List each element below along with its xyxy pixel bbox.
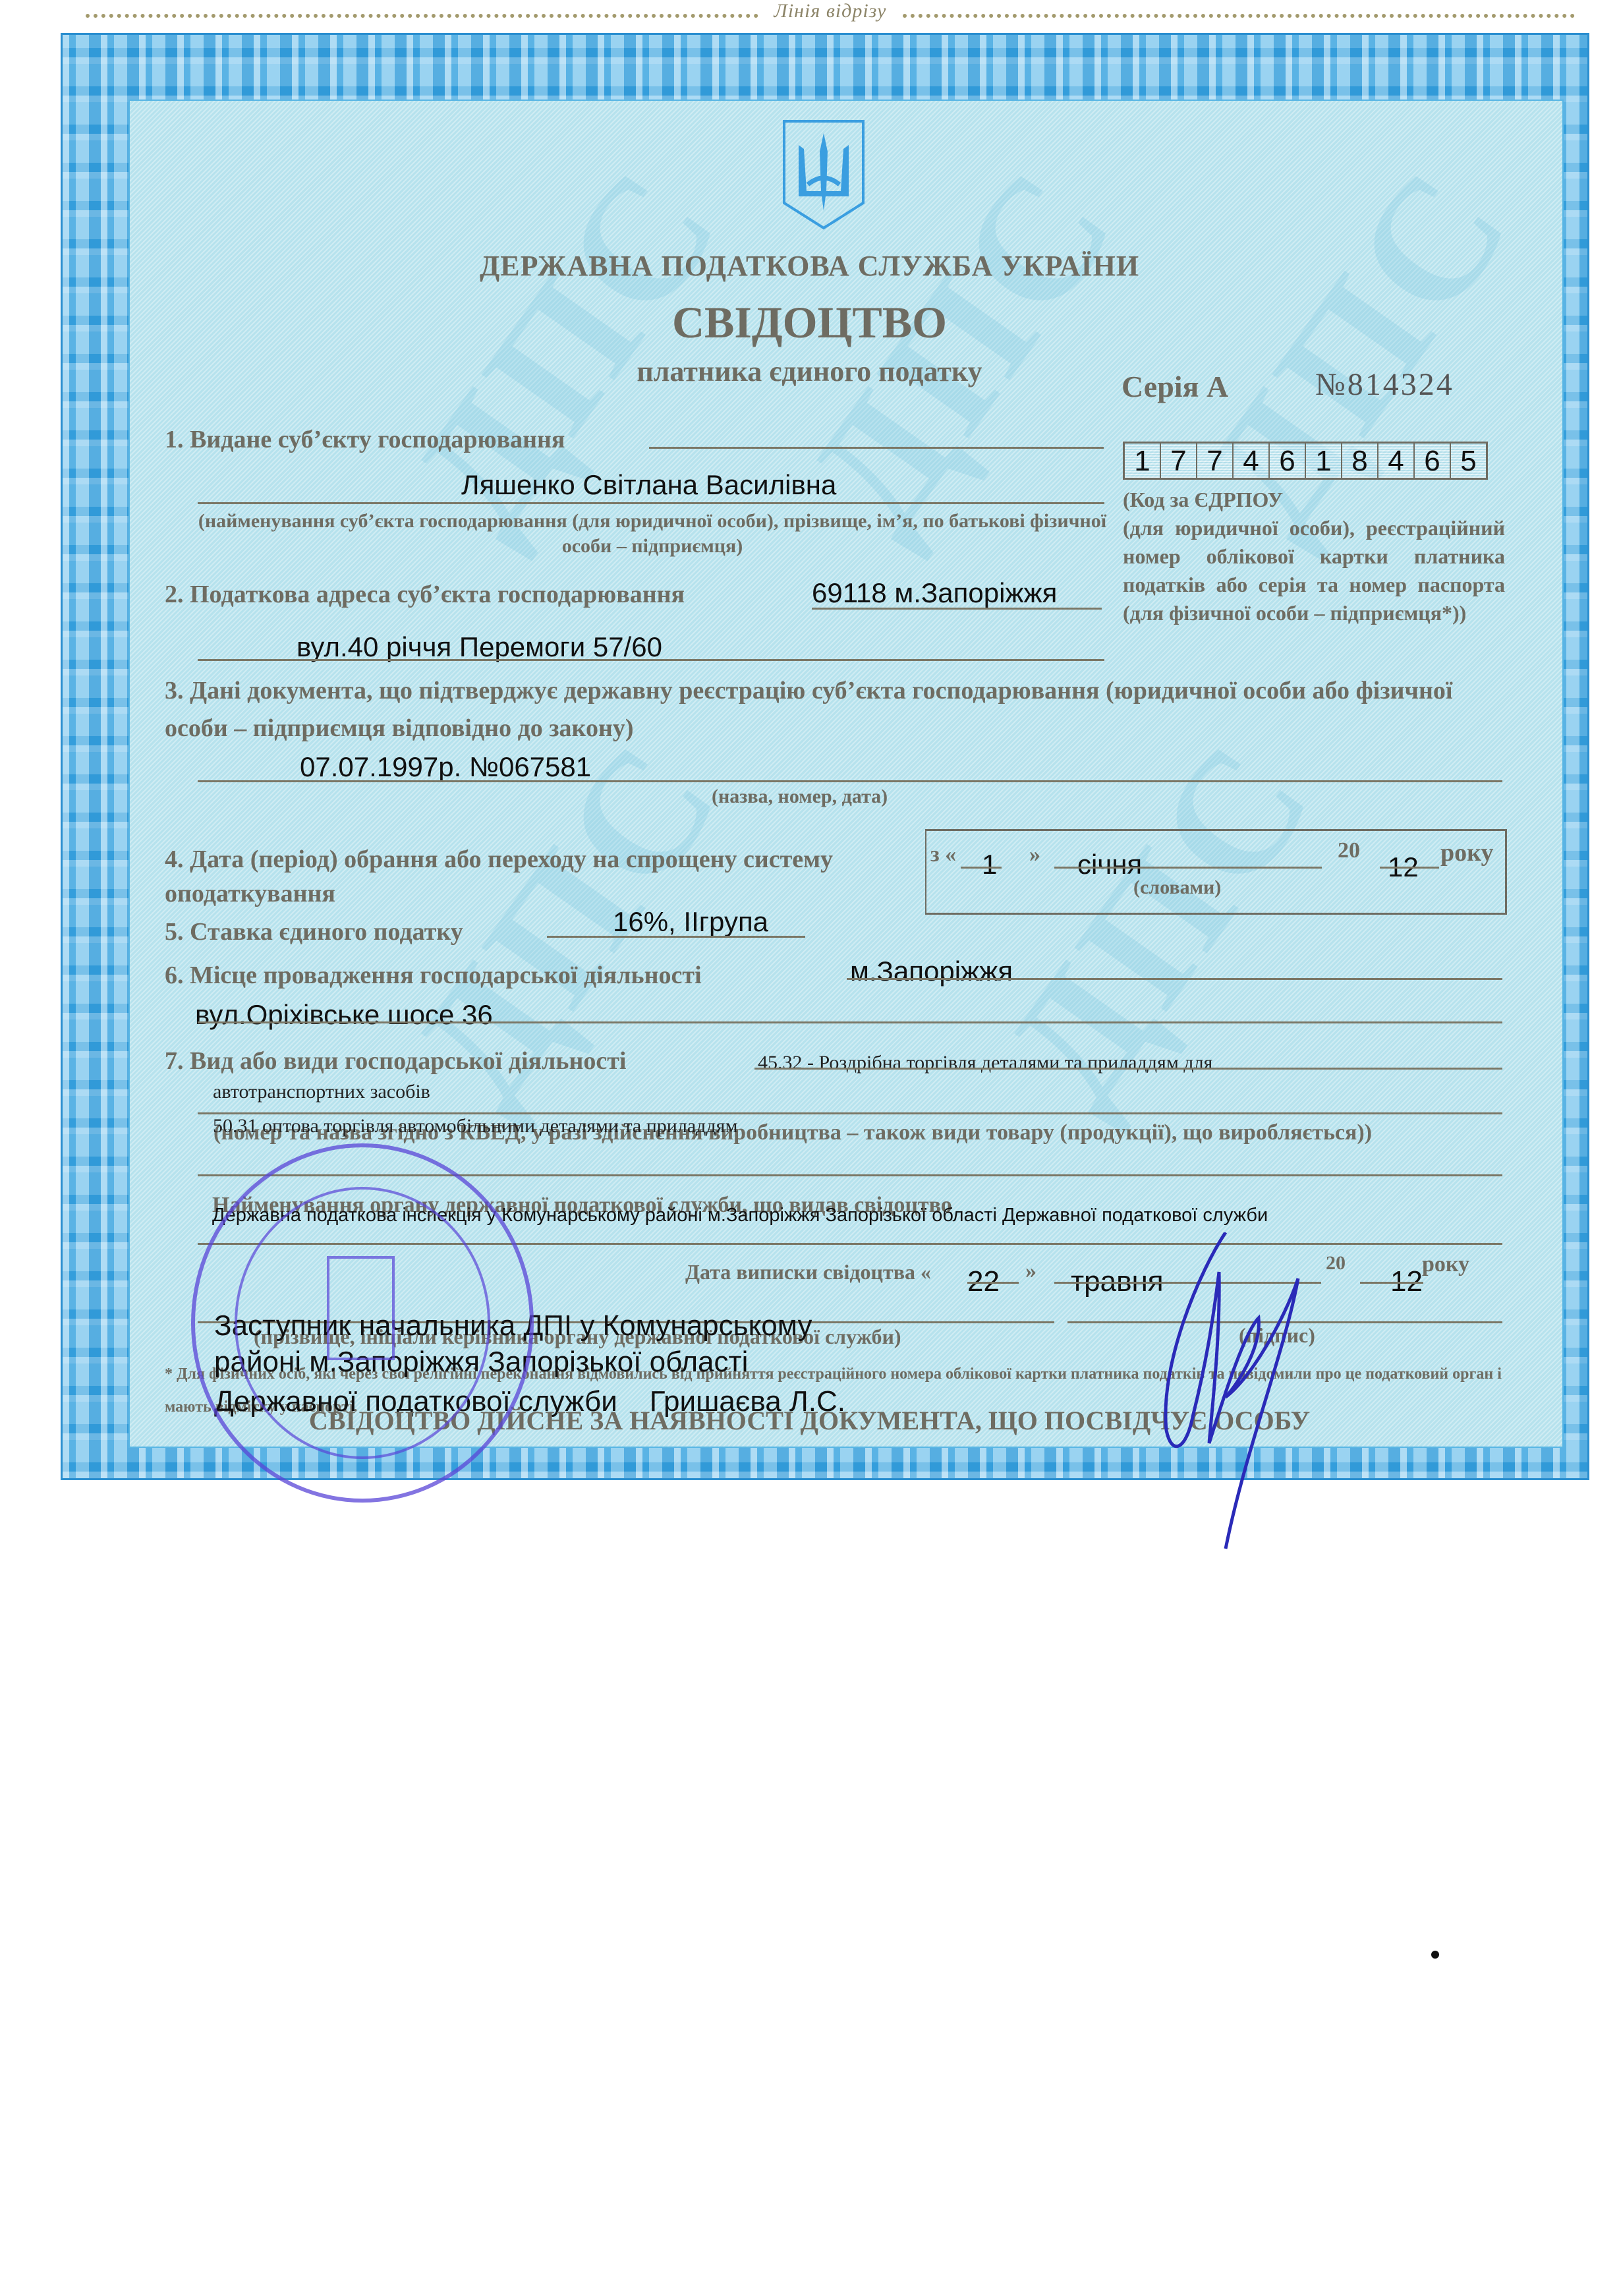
- business-place-line-2: вул.Оріхівське шосе 36: [195, 999, 493, 1031]
- field-1-value-rule: [198, 502, 1104, 504]
- dotted-divider: [903, 5, 1576, 18]
- code-digit: 4: [1378, 444, 1415, 478]
- head-title-line-2: районі м.Запоріжжя Запорізької області: [214, 1346, 748, 1379]
- activity-line-1: 45.32 - Роздрібна торгівля деталями та п…: [758, 1052, 1212, 1074]
- code-digit: 4: [1234, 444, 1270, 478]
- issue-year-suffix: року: [1422, 1252, 1469, 1277]
- code-digit: 7: [1197, 444, 1234, 478]
- day-close: »: [1029, 842, 1040, 867]
- field-2-rule: [812, 608, 1102, 610]
- validity-note: СВІДОЦТВО ДІЙСНЕ ЗА НАЯВНОСТІ ДОКУМЕНТА,…: [0, 1405, 1619, 1436]
- tax-rate: 16%, ІІгрупа: [613, 906, 768, 938]
- tax-address-line-1: 69118 м.Запоріжжя: [812, 577, 1057, 609]
- issue-day-close: »: [1025, 1259, 1037, 1284]
- signature-hint: (підпис): [1239, 1323, 1315, 1348]
- field-1-rule: [649, 447, 1104, 449]
- code-digit: 5: [1451, 444, 1486, 478]
- field-7-extra-rule: [198, 1174, 1502, 1176]
- code-digit: 1: [1306, 444, 1342, 478]
- certificate-number: №814324: [1315, 366, 1454, 403]
- issue-date-label: Дата виписки свідоцтва «: [685, 1260, 931, 1284]
- issue-century: 20: [1326, 1252, 1346, 1275]
- tax-address-line-2: вул.40 річчя Перемоги 57/60: [297, 631, 662, 663]
- field-6-rule: [847, 978, 1502, 980]
- business-place-line-1: м.Запоріжжя: [850, 956, 1013, 987]
- month-rule: [1054, 867, 1322, 869]
- simplified-system-date-box: [925, 829, 1507, 915]
- field-5-rule: [547, 936, 805, 938]
- taxpayer-code-box: 1 7 7 4 6 1 8 4 6 5: [1123, 442, 1488, 480]
- code-digit: 7: [1161, 444, 1197, 478]
- field-6-label: 6. Місце провадження господарської діяль…: [165, 961, 702, 990]
- field-7-rule: [754, 1068, 1502, 1070]
- series-label: Серія А: [1122, 369, 1228, 404]
- field-7-label: 7. Вид або види господарської діяльності: [165, 1047, 626, 1076]
- field-4-hint: (словами): [1133, 876, 1221, 899]
- date-prefix: з «: [930, 842, 956, 867]
- cut-line: Лінія відрізу: [86, 0, 1575, 22]
- field-2-value-rule: [198, 659, 1104, 661]
- activity-line-3: 50.31 оптова торгівля автомобільними дет…: [213, 1115, 737, 1137]
- dotted-divider: [86, 5, 758, 18]
- trident-emblem-icon: [781, 119, 866, 231]
- code-digit: 1: [1125, 444, 1161, 478]
- ink-speck: [1431, 1951, 1439, 1959]
- field-1-label: 1. Видане суб’єкту господарювання: [165, 425, 565, 454]
- registration-document: 07.07.1997р. №067581: [300, 751, 591, 783]
- certificate-title: СВІДОЦТВО: [0, 297, 1619, 349]
- issue-year-rule: [1360, 1282, 1423, 1284]
- century: 20: [1338, 838, 1360, 863]
- code-caption-title: (Код за ЄДРПОУ: [1123, 488, 1283, 512]
- issuing-authority: Державна податкова інспекція у Комунарсь…: [212, 1205, 1268, 1226]
- authority-rule: [198, 1243, 1502, 1245]
- agency-name: ДЕРЖАВНА ПОДАТКОВА СЛУЖБА УКРАЇНИ: [0, 249, 1619, 283]
- activity-line-2: автотранспортних засобів: [213, 1081, 430, 1103]
- issue-month-rule: [1054, 1282, 1321, 1284]
- field-3-label: 3. Дані документа, що підтверджує держав…: [165, 672, 1509, 747]
- code-digit: 6: [1270, 444, 1306, 478]
- field-3-hint: (назва, номер, дата): [712, 786, 888, 808]
- field-1-hint: (найменування суб’єкта господарювання (д…: [198, 509, 1107, 559]
- head-title-line-1: Заступник начальника ДПІ у Комунарському: [214, 1306, 812, 1346]
- field-6-value-rule: [198, 1021, 1502, 1023]
- field-2-label: 2. Податкова адреса суб’єкта господарюва…: [165, 580, 685, 609]
- code-digit: 6: [1415, 444, 1451, 478]
- start-day: 1: [982, 849, 997, 880]
- cut-line-label: Лінія відрізу: [774, 0, 887, 22]
- subject-name: Ляшенко Світлана Василівна: [461, 469, 836, 501]
- code-digit: 8: [1342, 444, 1378, 478]
- code-caption: (для юридичної особи), реєстраційний ном…: [1123, 514, 1505, 627]
- field-5-label: 5. Ставка єдиного податку: [165, 917, 463, 946]
- day-rule: [961, 867, 1002, 869]
- field-3-rule: [198, 780, 1502, 782]
- start-month: січня: [1077, 849, 1142, 880]
- field-4-label: 4. Дата (період) обрання або переходу на…: [165, 842, 909, 911]
- year-rule: [1380, 867, 1439, 869]
- issue-day-rule: [967, 1282, 1019, 1284]
- field-7-value-rule: [198, 1112, 1502, 1114]
- year-suffix: року: [1440, 838, 1494, 867]
